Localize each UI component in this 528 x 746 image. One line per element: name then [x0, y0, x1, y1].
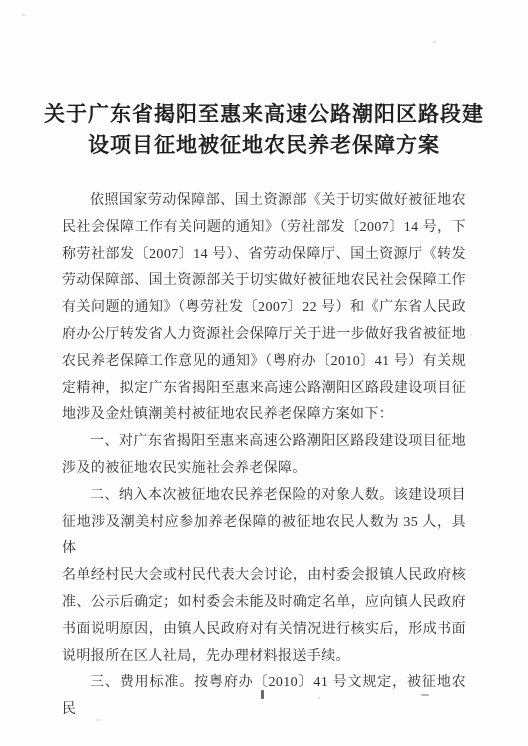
body-line: 征地涉及潮美村应参加养老保障的被征地农民人数为 35 人，具体 — [62, 510, 466, 564]
body-line: 一、对广东省揭阳至惠来高速公路潮阳区路段建设项目征地 — [62, 429, 466, 456]
body-line: 府办公厅转发省人力资源社会保障厅关于进一步做好我省被征地 — [62, 322, 466, 349]
scan-speck — [22, 14, 25, 16]
document-body: 依照国家劳动保障部、国土资源部《关于切实做好被征地农 民社会保障工作有关问题的通… — [62, 188, 466, 724]
scan-speck — [96, 719, 100, 721]
document-title: 关于广东省揭阳至惠来高速公路潮阳区路段建 设项目征地被征地农民养老保障方案 — [0, 99, 528, 161]
scan-speck — [318, 697, 320, 699]
scan-speck — [433, 41, 436, 43]
document-title-line-1: 关于广东省揭阳至惠来高速公路潮阳区路段建 — [0, 99, 528, 130]
scan-speck — [261, 690, 264, 699]
body-line: 称劳社部发〔2007〕14 号）、省劳动保障厅、国土资源厅《转发 — [62, 242, 466, 269]
body-line: 名单经村民大会或村民代表大会讨论，由村委会报镇人民政府核 — [62, 563, 466, 590]
body-line: 依照国家劳动保障部、国土资源部《关于切实做好被征地农 — [62, 188, 466, 215]
body-line: 说明报所在区人社局，先办理材料报送手续。 — [62, 644, 466, 671]
body-line: 二、纳入本次被征地农民养老保险的对象人数。该建设项目 — [62, 483, 466, 510]
body-line: 三、费用标准。按粤府办〔2010〕41 号文规定，被征地农民 — [62, 670, 466, 724]
body-line: 定精神，拟定广东省揭阳至惠来高速公路潮阳区路段建设项目征 — [62, 376, 466, 403]
body-line: 民社会保障工作有关问题的通知》（劳社部发〔2007〕14 号，下 — [62, 215, 466, 242]
scan-speck — [470, 334, 472, 336]
body-line: 有关问题的通知》（粤劳社发〔2007〕22 号）和《广东省人民政 — [62, 295, 466, 322]
body-line: 地涉及金灶镇潮美村被征地农民养老保障方案如下： — [62, 402, 466, 429]
document-title-line-2: 设项目征地被征地农民养老保障方案 — [0, 130, 528, 161]
scan-speck — [421, 694, 429, 696]
body-line: 书面说明原因，由镇人民政府对有关情况进行核实后，形成书面 — [62, 617, 466, 644]
document-page: 关于广东省揭阳至惠来高速公路潮阳区路段建 设项目征地被征地农民养老保障方案 依照… — [0, 0, 528, 746]
body-line: 农民养老保障工作意见的通知》（粤府办〔2010〕41 号）有关规 — [62, 349, 466, 376]
body-line: 涉及的被征地农民实施社会养老保障。 — [62, 456, 466, 483]
body-line: 劳动保障部、国土资源部关于切实做好被征地农民社会保障工作 — [62, 268, 466, 295]
body-line: 准、公示后确定；如村委会未能及时确定名单，应向镇人民政府 — [62, 590, 466, 617]
